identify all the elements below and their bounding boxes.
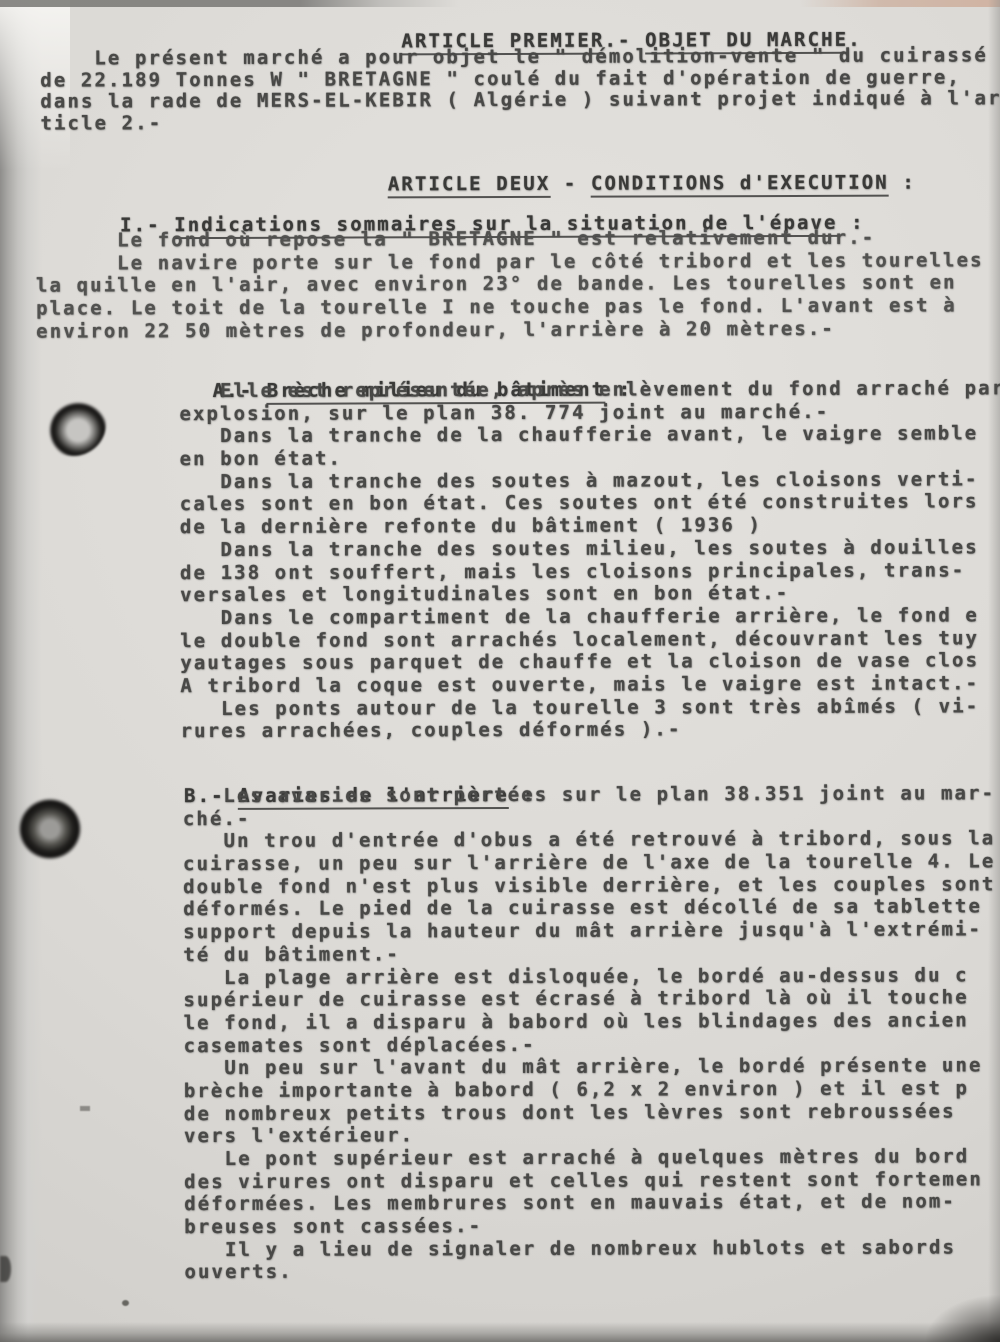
text-line: té du bâtiment.- — [183, 941, 995, 967]
text-line: le fond, il a disparu à babord où les bl… — [184, 1009, 996, 1035]
text-line: place. Le toit de la tourelle I ne touch… — [36, 294, 984, 320]
text-line: de nombreux petits trous dont les lèvres… — [184, 1100, 996, 1126]
text-line: Les ponts autour de la tourelle 3 sont t… — [180, 695, 1000, 721]
text-line: Il y a lieu de signaler de nombreux hubl… — [184, 1236, 996, 1262]
text-line: Un trou d'entrée d'obus a été retrouvé à… — [183, 828, 995, 854]
text-line: Elle est représentée, après enlèvement d… — [179, 377, 1000, 403]
text-line: La plage arrière est disloquée, le bordé… — [183, 964, 995, 990]
text-line: de la dernière refonte du bâtiment ( 193… — [180, 513, 1000, 539]
text-line: versales et longitudinales sont en bon é… — [180, 581, 1000, 607]
text-line: le double fond sont arrachés localement,… — [180, 627, 1000, 653]
text-line: explosion, sur le plan 38. 774 joint au … — [179, 400, 1000, 426]
text-line: A tribord la coque est ouverte, mais le … — [180, 672, 1000, 698]
text-line: Dans la tranche de la chaufferie avant, … — [179, 423, 1000, 449]
text-line: déformées. Les membrures sont en mauvais… — [184, 1191, 996, 1217]
text-line: Dans le compartiment de la chaufferie ar… — [180, 604, 1000, 630]
section-b-paragraph: Les avaries sont portées sur le plan 38.… — [183, 782, 997, 1284]
text-line: support depuis la hauteur du mât arrière… — [183, 918, 995, 944]
text-line: Le fond où repose la " BRETAGNE " est re… — [36, 226, 984, 252]
heading-colon: : — [889, 172, 916, 194]
text-line: en bon état. — [180, 445, 1000, 471]
scanned-document-page: ARTICLE PREMIER.- OBJET DU MARCHE. Le pr… — [0, 0, 1000, 1342]
text-line: ouverts. — [184, 1259, 996, 1285]
text-line: Le pont supérieur est arraché à quelques… — [184, 1145, 996, 1171]
text-line: vers l'extérieur. — [184, 1123, 996, 1149]
text-line: rures arrachées, couples déformés ).- — [181, 718, 1000, 744]
text-line: des virures ont disparu et celles qui re… — [184, 1168, 996, 1194]
section-a-paragraph: Elle est représentée, après enlèvement d… — [179, 377, 1000, 743]
text-line: yautages sous parquet de chauffe et la c… — [180, 649, 1000, 675]
text-line: breuses sont cassées.- — [184, 1213, 996, 1239]
text-line: déformés. Le pied de la cuirasse est déc… — [183, 896, 995, 922]
text-line: Dans la tranche des soutes milieu, les s… — [180, 536, 1000, 562]
text-line: Un peu sur l'avant du mât arrière, le bo… — [184, 1055, 996, 1081]
text-line: supérieur de cuirasse est écrasé à tribo… — [183, 986, 995, 1012]
text-line: ché.- — [183, 805, 995, 831]
text-line: dans la rade de MERS-EL-KEBIR ( Algérie … — [40, 89, 1000, 114]
text-line: brèche importante à babord ( 6,2 x 2 env… — [184, 1077, 996, 1103]
text-line: casemates sont déplacées.- — [184, 1032, 996, 1058]
text-line: environ 22 50 mètres de profondeur, l'ar… — [36, 317, 984, 343]
text-line: cuirasse, un peu sur l'arrière de l'axe … — [183, 850, 995, 876]
intro-paragraph: Le présent marché a pour objet le " démo… — [40, 45, 1000, 135]
document-content: ARTICLE PREMIER.- OBJET DU MARCHE. Le pr… — [0, 0, 1000, 1342]
text-line: ticle 2.- — [40, 110, 1000, 135]
text-line: cales sont en bon état. Ces soutes ont é… — [180, 491, 1000, 517]
text-line: la quille en l'air, avec environ 23° de … — [36, 272, 984, 298]
text-line: Les avaries sont portées sur le plan 38.… — [183, 782, 995, 808]
section-1-paragraph: Le fond où repose la " BRETAGNE " est re… — [36, 226, 984, 343]
text-line: de 138 ont souffert, mais les cloisons p… — [180, 559, 1000, 585]
